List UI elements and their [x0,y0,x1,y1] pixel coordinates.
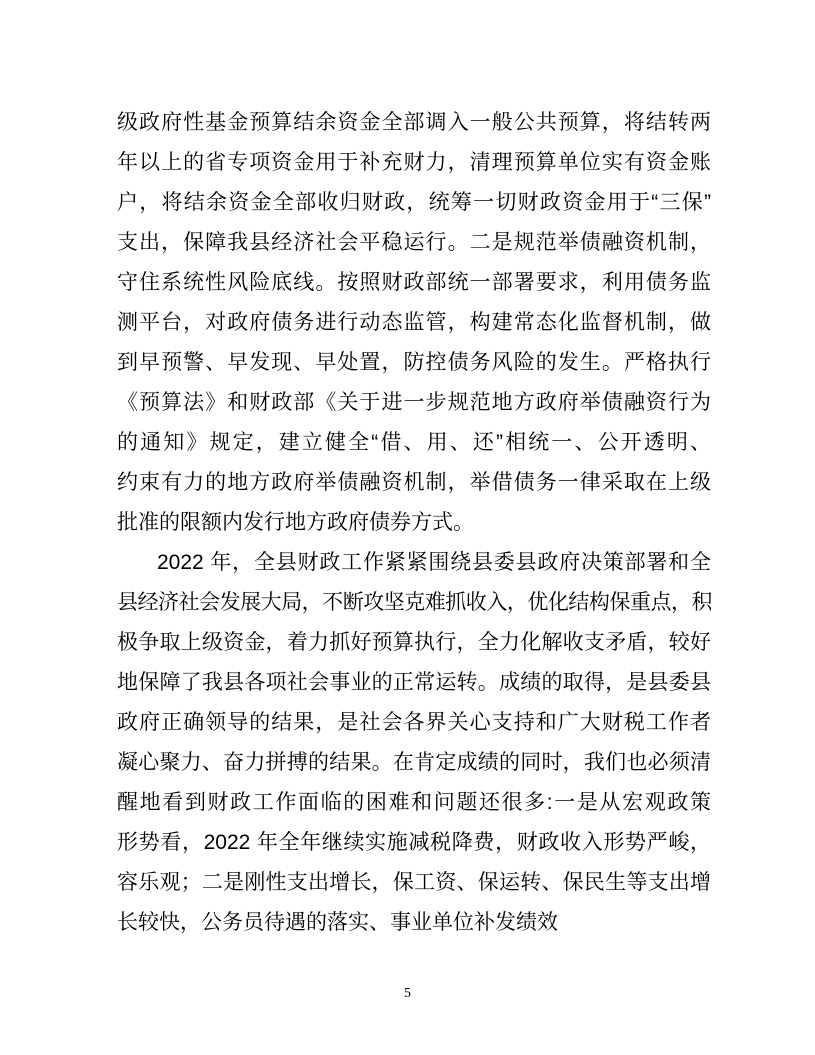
text-line: 2022 年，全县财政工作紧紧围绕县委县政府决策部署和全 [117,543,711,583]
text-line: 约束有力的地方政府举债融资机制，举借债务一律采取在上级 [117,463,711,503]
text-line: 长较快，公务员待遇的落实、事业单位补发绩效 [117,903,711,943]
text-line: 地保障了我县各项社会事业的正常运转。成绩的取得，是县委县 [117,663,711,703]
text-line: 极争取上级资金，着力抓好预算执行，全力化解收支矛盾，较好 [117,623,711,663]
document-page: 级政府性基金预算结余资金全部调入一般公共预算，将结转两 年以上的省专项资金用于补… [0,0,815,1055]
text-line: 的通知》规定，建立健全“借、用、还”相统一、公开透明、 [117,423,711,463]
text-line: 户，将结余资金全部收归财政，统筹一切财政资金用于“三保” [117,183,711,223]
text-body: 级政府性基金预算结余资金全部调入一般公共预算，将结转两 年以上的省专项资金用于补… [117,103,711,943]
text-line: 凝心聚力、奋力拼搏的结果。在肯定成绩的同时，我们也必须清 [117,743,711,783]
text-line: 《预算法》和财政部《关于进一步规范地方政府举债融资行为 [117,383,711,423]
text-line: 测平台，对政府债务进行动态监管，构建常态化监督机制，做 [117,303,711,343]
text-line: 醒地看到财政工作面临的困难和问题还很多:一是从宏观政策 [117,783,711,823]
text-line: 容乐观；二是刚性支出增长，保工资、保运转、保民生等支出增 [117,863,711,903]
text-line: 守住系统性风险底线。按照财政部统一部署要求，利用债务监 [117,263,711,303]
text-line: 县经济社会发展大局，不断攻坚克难抓收入，优化结构保重点，积 [117,583,711,623]
text-line: 政府正确领导的结果，是社会各界关心支持和广大财税工作者 [117,703,711,743]
text-line: 级政府性基金预算结余资金全部调入一般公共预算，将结转两 [117,103,711,143]
text-line: 批准的限额内发行地方政府债券方式。 [117,503,711,543]
page-number: 5 [0,984,815,1004]
text-line: 到早预警、早发现、早处置，防控债务风险的发生。严格执行 [117,343,711,383]
text-line: 支出，保障我县经济社会平稳运行。二是规范举债融资机制， [117,223,711,263]
text-line: 年以上的省专项资金用于补充财力，清理预算单位实有资金账 [117,143,711,183]
text-line: 形势看，2022 年全年继续实施减税降费，财政收入形势严峻，不 [117,823,711,863]
